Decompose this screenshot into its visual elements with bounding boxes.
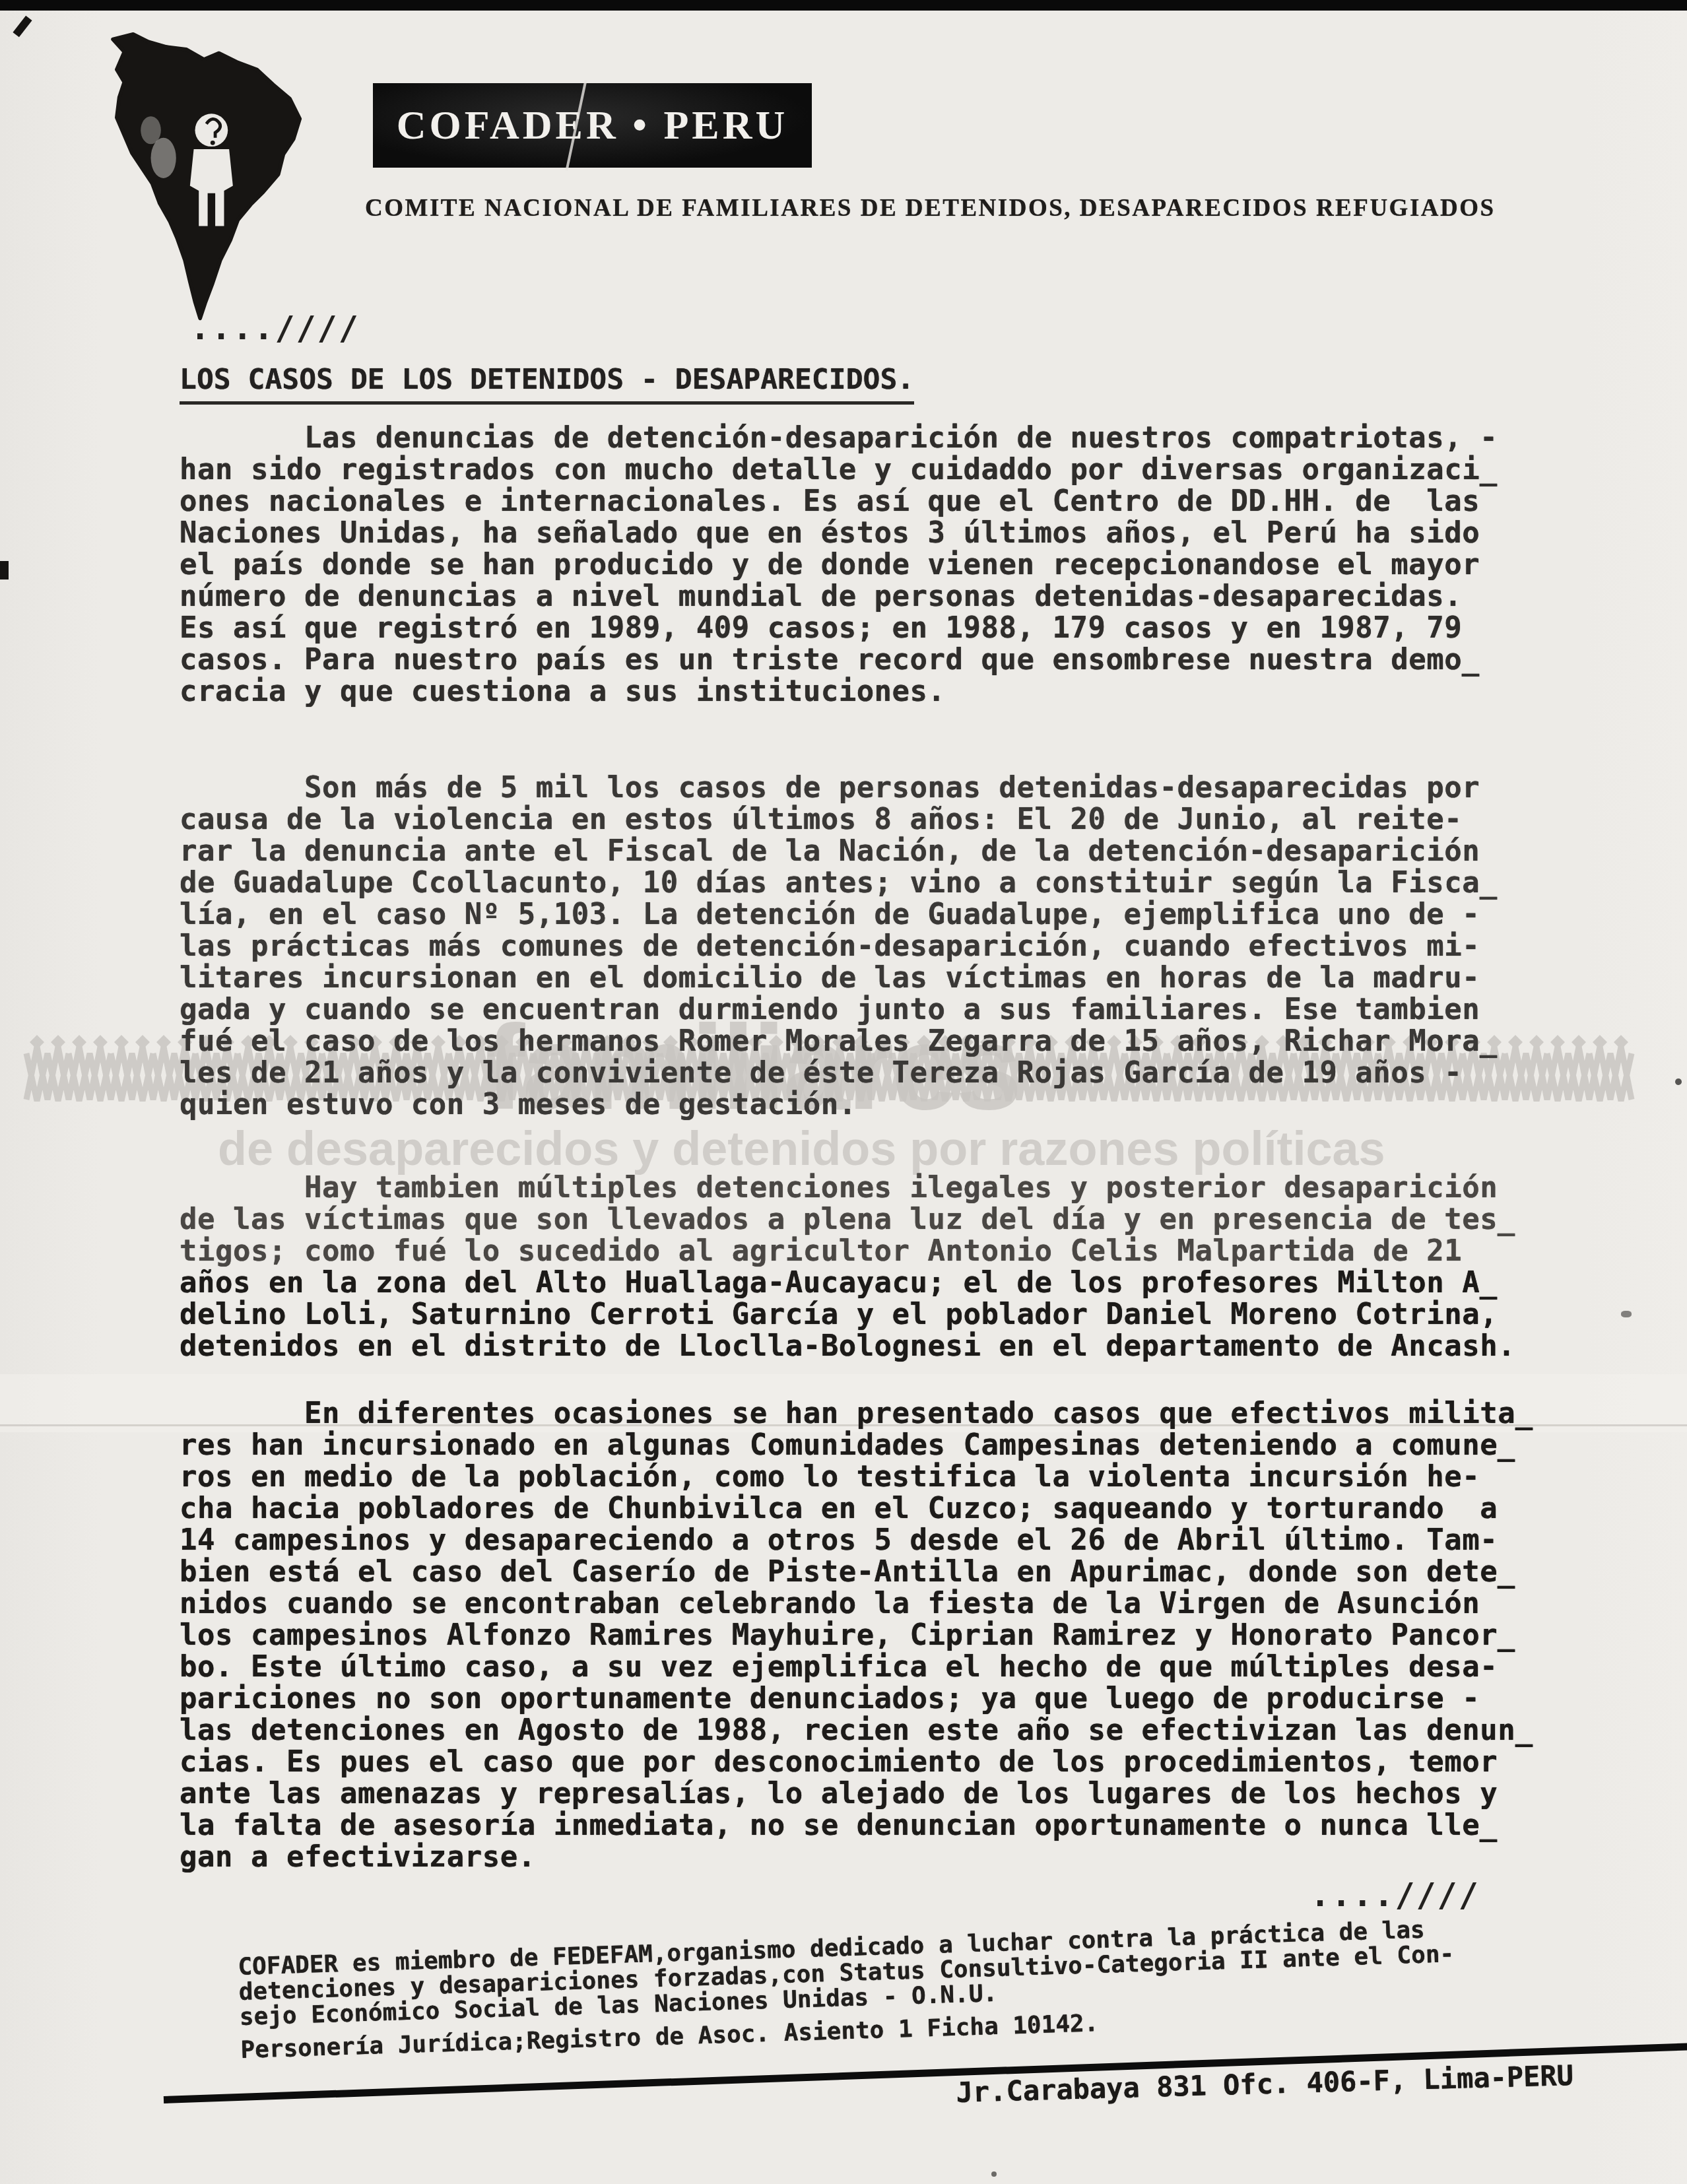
paragraph-2: Son más de 5 mil los casos de personas d… — [180, 772, 1498, 1121]
paragraph-3-upper: Hay tambien múltiples detenciones ilegal… — [180, 1172, 1515, 1267]
page-continuation-mark-top: ....//// — [190, 309, 360, 347]
paragraph-1: Las denuncias de detención-desaparición … — [180, 422, 1498, 708]
org-acronym-banner: COFADER • PERU — [373, 83, 812, 168]
scanned-document-page: familiares de desaparecidos y detenidos … — [0, 0, 1687, 2184]
scan-speck — [991, 2171, 997, 2177]
scan-speck — [13, 16, 32, 38]
org-acronym: COFADER • PERU — [397, 102, 788, 149]
footer-note: COFADER es miembro de FEDEFAM,organismo … — [238, 1917, 1457, 2063]
watermark-tagline: de desaparecidos y detenidos por razones… — [218, 1122, 1385, 1176]
logo-map-icon — [84, 32, 348, 322]
org-fullname: COMITE NACIONAL DE FAMILIARES DE DETENID… — [365, 194, 1496, 222]
page-continuation-mark-bottom: ....//// — [1310, 1876, 1480, 1914]
scan-speck — [1675, 1078, 1682, 1085]
scan-speck — [0, 561, 9, 579]
paragraph-3-lower: años en la zona del Alto Huallaga-Aucaya… — [180, 1267, 1515, 1362]
document-title: LOS CASOS DE LOS DETENIDOS - DESAPARECID… — [180, 363, 914, 405]
scan-edge-bar — [0, 0, 1687, 11]
scan-speck — [1621, 1311, 1632, 1317]
paragraph-4: En diferentes ocasiones se han presentad… — [180, 1398, 1533, 1873]
